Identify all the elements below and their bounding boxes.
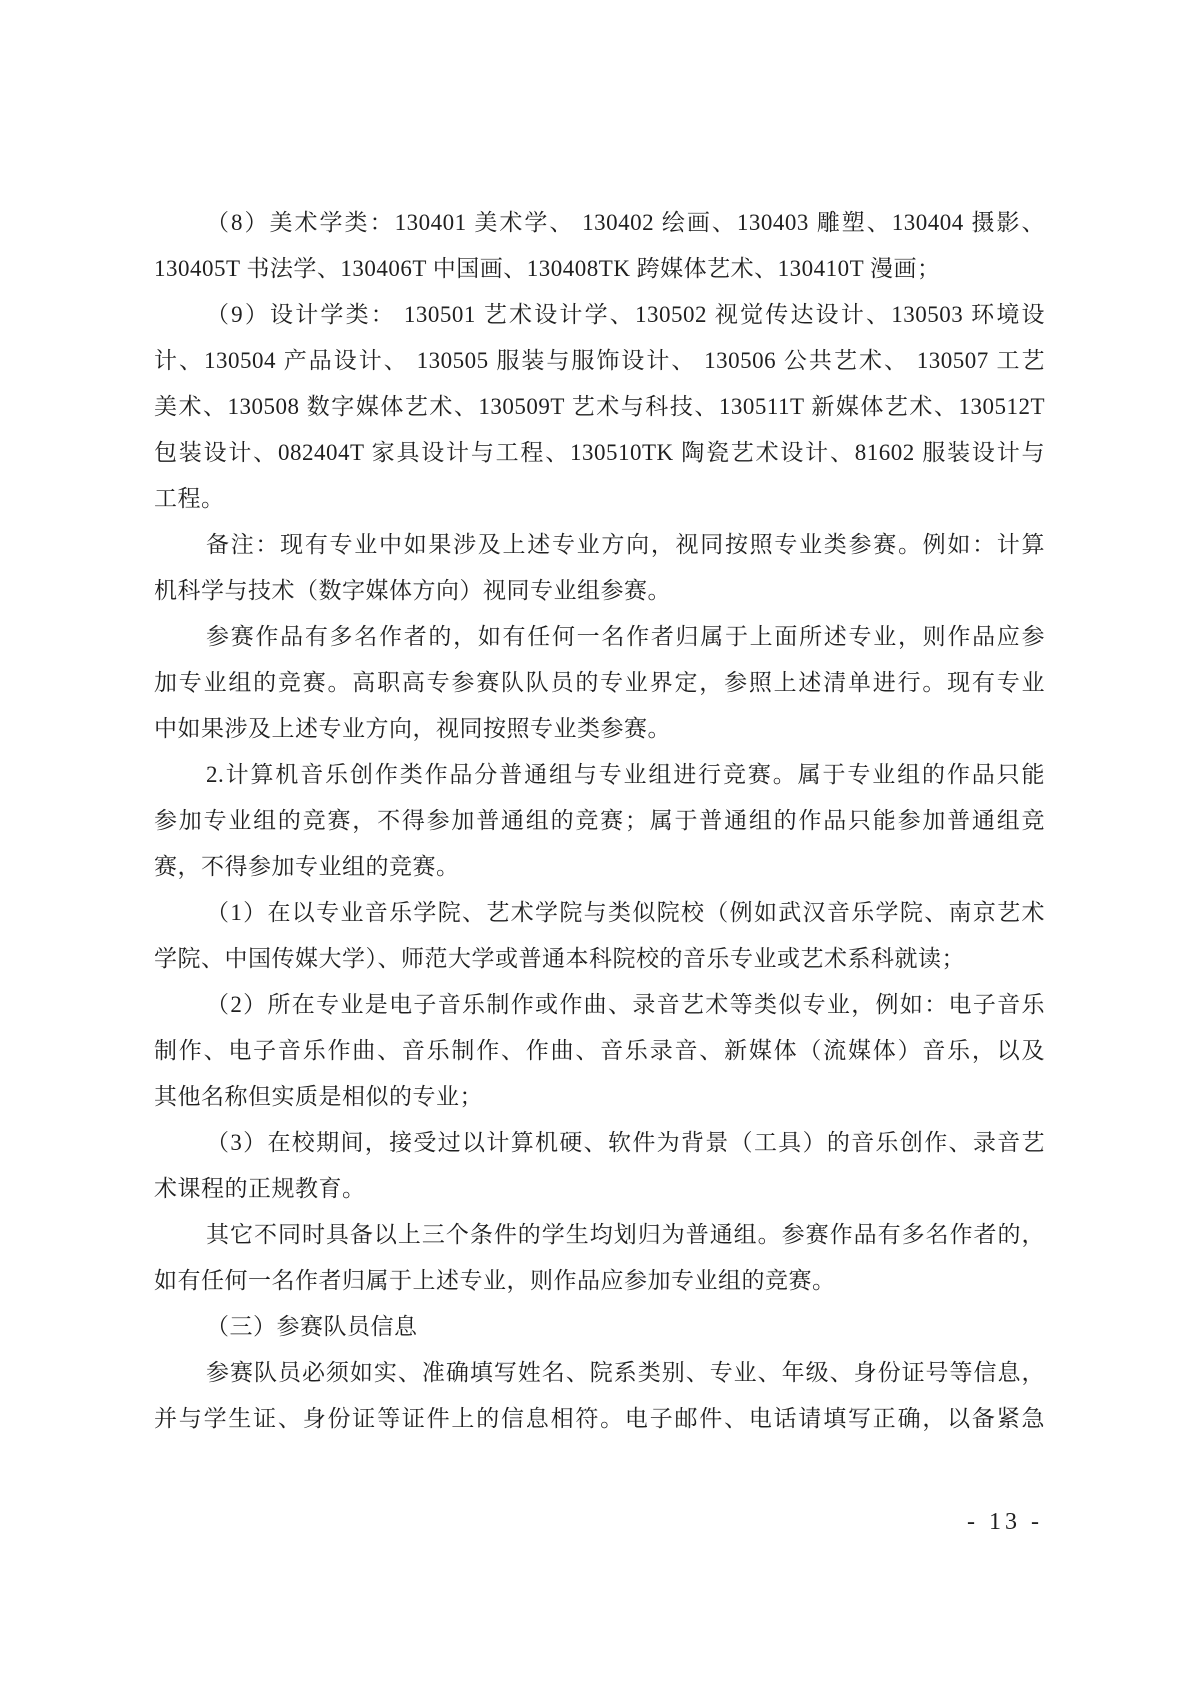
text-line: （3）在校期间，接受过以计算机硬、软件为背景（工具）的音乐创作、录音艺 (154, 1120, 1045, 1166)
text-line: 计、130504 产品设计、 130505 服装与服饰设计、 130506 公共… (154, 338, 1045, 384)
text-line: （2）所在专业是电子音乐制作或作曲、录音艺术等类似专业，例如：电子音乐 (154, 982, 1045, 1028)
text-line: 赛，不得参加专业组的竞赛。 (154, 844, 1045, 890)
text-line: 参加专业组的竞赛，不得参加普通组的竞赛；属于普通组的作品只能参加普通组竞 (154, 798, 1045, 844)
text-line: 中如果涉及上述专业方向，视同按照专业类参赛。 (154, 706, 1045, 752)
text-line: 备注：现有专业中如果涉及上述专业方向，视同按照专业类参赛。例如：计算 (154, 522, 1045, 568)
text-line: 130405T 书法学、130406T 中国画、130408TK 跨媒体艺术、1… (154, 246, 1045, 292)
text-line: 参赛作品有多名作者的，如有任何一名作者归属于上面所述专业，则作品应参 (154, 614, 1045, 660)
text-line: 加专业组的竞赛。高职高专参赛队队员的专业界定，参照上述清单进行。现有专业 (154, 660, 1045, 706)
text-line: （1）在以专业音乐学院、艺术学院与类似院校（例如武汉音乐学院、南京艺术 (154, 890, 1045, 936)
text-line: 其他名称但实质是相似的专业； (154, 1074, 1045, 1120)
page-number: - 13 - (967, 1506, 1043, 1538)
document-page: （8）美术学类：130401 美术学、 130402 绘画、130403 雕塑、… (0, 0, 1191, 1684)
text-line: 工程。 (154, 476, 1045, 522)
text-line: 包装设计、082404T 家具设计与工程、130510TK 陶瓷艺术设计、816… (154, 430, 1045, 476)
text-line: 机科学与技术（数字媒体方向）视同专业组参赛。 (154, 568, 1045, 614)
text-line: 2.计算机音乐创作类作品分普通组与专业组进行竞赛。属于专业组的作品只能 (154, 752, 1045, 798)
text-line: 并与学生证、身份证等证件上的信息相符。电子邮件、电话请填写正确，以备紧急 (154, 1396, 1045, 1442)
text-line: 学院、中国传媒大学）、师范大学或普通本科院校的音乐专业或艺术系科就读； (154, 936, 1045, 982)
document-body: （8）美术学类：130401 美术学、 130402 绘画、130403 雕塑、… (154, 200, 1045, 1442)
text-line: （三）参赛队员信息 (154, 1304, 1045, 1350)
text-line: 其它不同时具备以上三个条件的学生均划归为普通组。参赛作品有多名作者的， (154, 1212, 1045, 1258)
text-line: （9）设计学类： 130501 艺术设计学、130502 视觉传达设计、1305… (154, 292, 1045, 338)
text-line: 制作、电子音乐作曲、音乐制作、作曲、音乐录音、新媒体（流媒体）音乐，以及 (154, 1028, 1045, 1074)
text-line: 如有任何一名作者归属于上述专业，则作品应参加专业组的竞赛。 (154, 1258, 1045, 1304)
text-line: 术课程的正规教育。 (154, 1166, 1045, 1212)
text-line: （8）美术学类：130401 美术学、 130402 绘画、130403 雕塑、… (154, 200, 1045, 246)
text-line: 美术、130508 数字媒体艺术、130509T 艺术与科技、130511T 新… (154, 384, 1045, 430)
text-line: 参赛队员必须如实、准确填写姓名、院系类别、专业、年级、身份证号等信息， (154, 1350, 1045, 1396)
